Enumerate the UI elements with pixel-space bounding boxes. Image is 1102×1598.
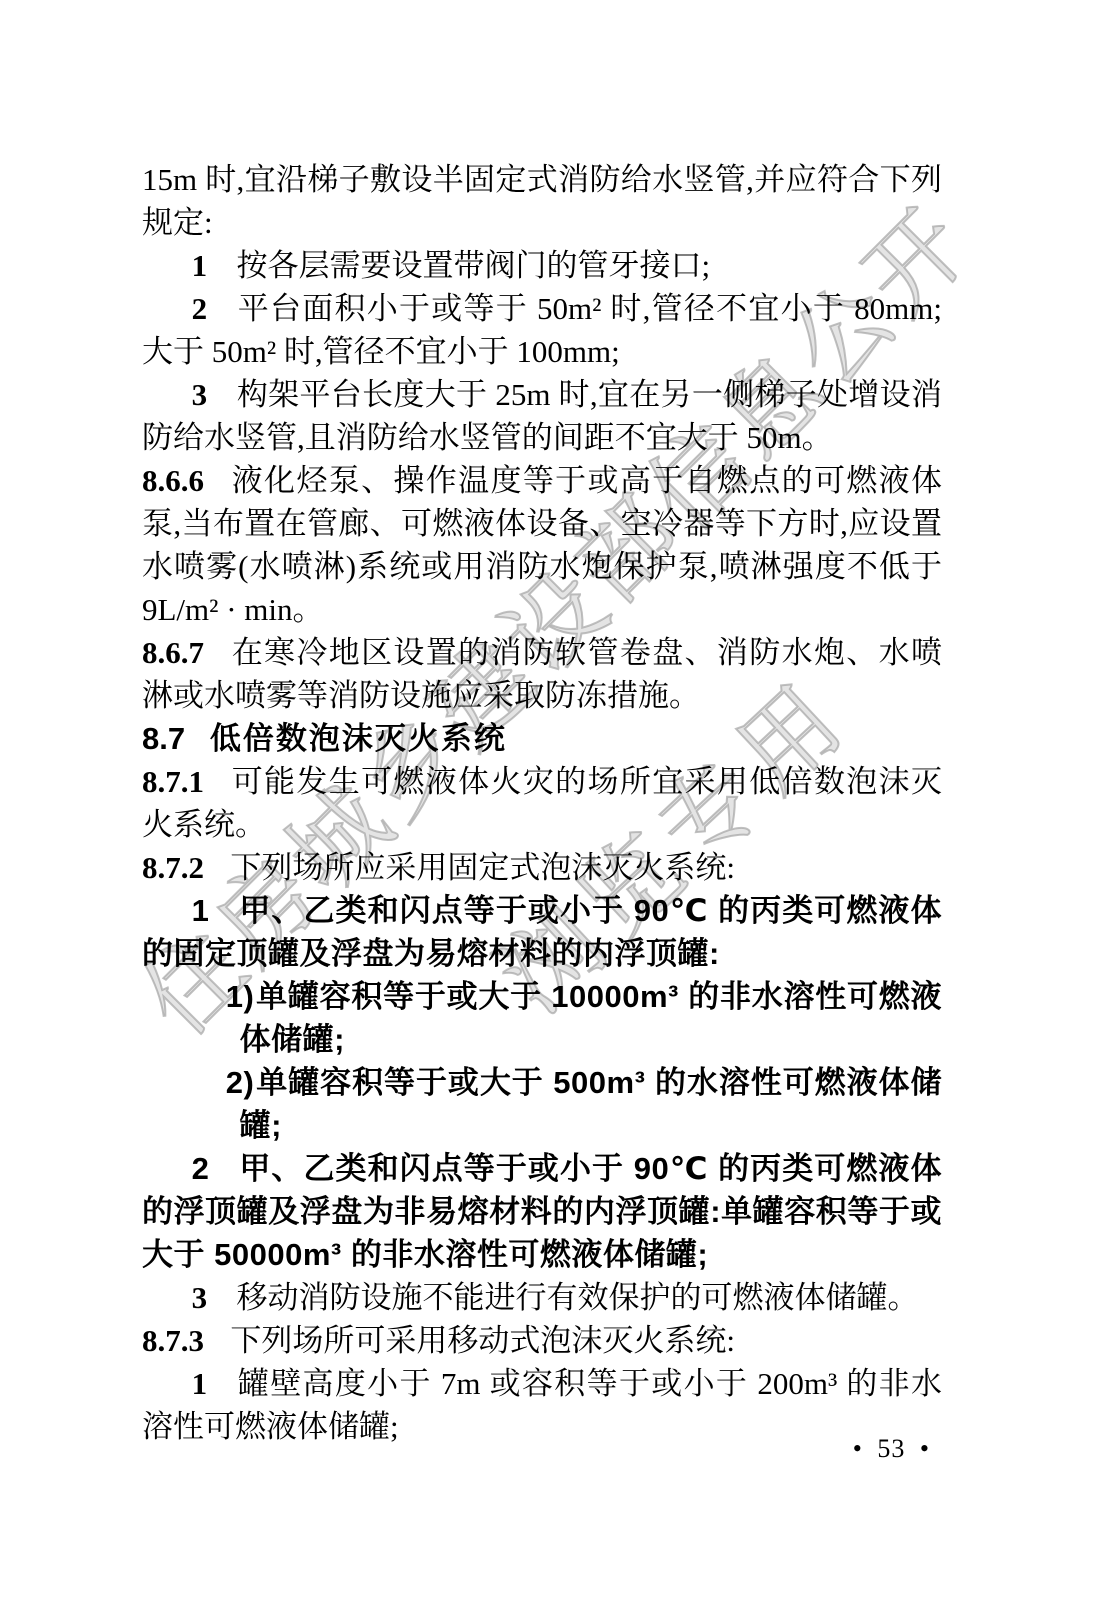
list-item-8-7-2-2: 2甲、乙类和闪点等于或小于 90℃ 的丙类可燃液体的浮顶罐及浮盘为非易熔材料的内…: [142, 1147, 942, 1276]
item-number: 1: [192, 248, 208, 283]
para-continuation: 15m 时,宜沿梯子敷设半固定式消防给水竖管,并应符合下列规定:: [142, 158, 942, 244]
clause-number: 8.7.3: [142, 1323, 204, 1358]
item-text: 移动消防设施不能进行有效保护的可燃液体储罐。: [237, 1280, 919, 1315]
item-number: 1: [192, 893, 210, 928]
clause-number: 8.6.6: [142, 463, 204, 498]
item-text: 罐壁高度小于 7m 或容积等于或小于 200m³ 的非水溶性可燃液体储罐;: [142, 1366, 942, 1444]
list-item-8-7-2-1: 1甲、乙类和闪点等于或小于 90℃ 的丙类可燃液体的固定顶罐及浮盘为易熔材料的内…: [142, 889, 942, 975]
item-text: 按各层需要设置带阀门的管牙接口;: [237, 248, 711, 283]
sub-item-number: 1): [226, 979, 255, 1014]
para-text: 15m 时,宜沿梯子敷设半固定式消防给水竖管,并应符合下列规定:: [142, 162, 942, 240]
list-item-1: 1按各层需要设置带阀门的管牙接口;: [142, 244, 942, 287]
item-text: 构架平台长度大于 25m 时,宜在另一侧梯子处增设消防给水竖管,且消防给水竖管的…: [142, 377, 942, 455]
section-number: 8.7: [142, 721, 185, 756]
page-number: • 53 •: [853, 1434, 930, 1464]
document-page: 住房城乡建设部信息公开 浏览专用 15m 时,宜沿梯子敷设半固定式消防给水竖管,…: [0, 0, 1102, 1598]
list-item-2: 2平台面积小于或等于 50m² 时,管径不宜小于 80mm;大于 50m² 时,…: [142, 287, 942, 373]
clause-8-7-1: 8.7.1可能发生可燃液体火灾的场所宜采用低倍数泡沫灭火系统。: [142, 760, 942, 846]
clause-text: 在寒冷地区设置的消防软管卷盘、消防水炮、水喷淋或水喷雾等消防设施应采取防冻措施。: [142, 635, 942, 713]
clause-text: 下列场所可采用移动式泡沫灭火系统:: [230, 1323, 735, 1358]
clause-8-6-7: 8.6.7在寒冷地区设置的消防软管卷盘、消防水炮、水喷淋或水喷雾等消防设施应采取…: [142, 631, 942, 717]
clause-text: 液化烃泵、操作温度等于或高于自燃点的可燃液体泵,当布置在管廊、可燃液体设备、空冷…: [142, 463, 942, 627]
clause-number: 8.7.2: [142, 850, 204, 885]
section-heading-8-7: 8.7低倍数泡沫灭火系统: [142, 717, 942, 760]
list-item-3: 3构架平台长度大于 25m 时,宜在另一侧梯子处增设消防给水竖管,且消防给水竖管…: [142, 373, 942, 459]
item-number: 3: [192, 377, 208, 412]
sub-item-number: 2): [226, 1065, 255, 1100]
clause-8-7-3: 8.7.3下列场所可采用移动式泡沫灭火系统:: [142, 1319, 942, 1362]
sub-item-text: 单罐容积等于或大于 10000m³ 的非水溶性可燃液体储罐;: [240, 979, 942, 1057]
clause-number: 8.7.1: [142, 764, 204, 799]
clause-text: 下列场所应采用固定式泡沫灭火系统:: [230, 850, 735, 885]
text-column: 15m 时,宜沿梯子敷设半固定式消防给水竖管,并应符合下列规定: 1按各层需要设…: [142, 158, 942, 1448]
section-title: 低倍数泡沫灭火系统: [210, 721, 507, 756]
item-number: 2: [192, 1151, 210, 1186]
list-item-8-7-2-3: 3移动消防设施不能进行有效保护的可燃液体储罐。: [142, 1276, 942, 1319]
clause-text: 可能发生可燃液体火灾的场所宜采用低倍数泡沫灭火系统。: [142, 764, 942, 842]
sub-item-8-7-2-1-1: 1)单罐容积等于或大于 10000m³ 的非水溶性可燃液体储罐;: [142, 975, 942, 1061]
item-text: 甲、乙类和闪点等于或小于 90℃ 的丙类可燃液体的浮顶罐及浮盘为非易熔材料的内浮…: [142, 1151, 942, 1272]
clause-8-6-6: 8.6.6液化烃泵、操作温度等于或高于自燃点的可燃液体泵,当布置在管廊、可燃液体…: [142, 459, 942, 631]
list-item-8-7-3-1: 1罐壁高度小于 7m 或容积等于或小于 200m³ 的非水溶性可燃液体储罐;: [142, 1362, 942, 1448]
sub-item-8-7-2-1-2: 2)单罐容积等于或大于 500m³ 的水溶性可燃液体储罐;: [142, 1061, 942, 1147]
item-number: 1: [192, 1366, 208, 1401]
item-number: 2: [192, 291, 208, 326]
item-text: 甲、乙类和闪点等于或小于 90℃ 的丙类可燃液体的固定顶罐及浮盘为易熔材料的内浮…: [142, 893, 942, 971]
item-text: 平台面积小于或等于 50m² 时,管径不宜小于 80mm;大于 50m² 时,管…: [142, 291, 942, 369]
clause-8-7-2: 8.7.2下列场所应采用固定式泡沫灭火系统:: [142, 846, 942, 889]
sub-item-text: 单罐容积等于或大于 500m³ 的水溶性可燃液体储罐;: [240, 1065, 942, 1143]
item-number: 3: [192, 1280, 208, 1315]
clause-number: 8.6.7: [142, 635, 204, 670]
